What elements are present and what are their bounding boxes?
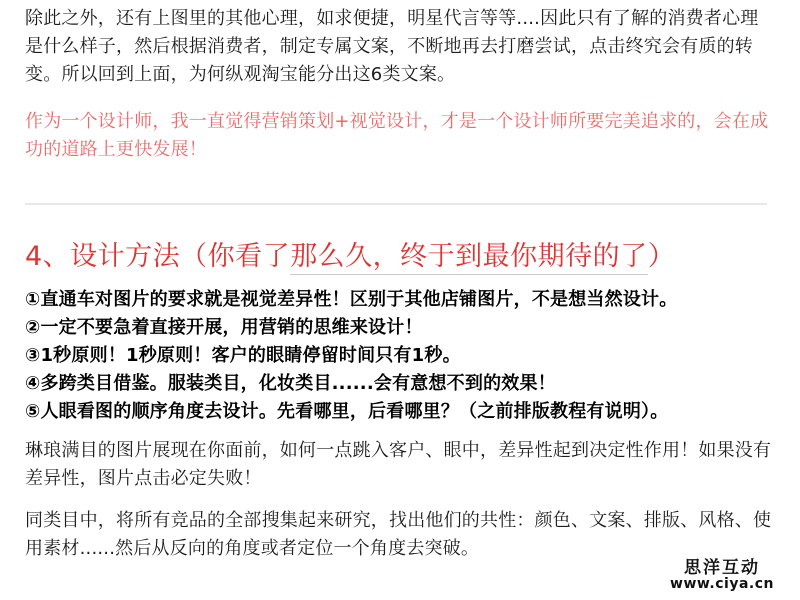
- design-rules-list: ①直通车对图片的要求就是视觉差异性！区别于其他店铺图片，不是想当然设计。 ②一定…: [25, 286, 772, 426]
- list-item: ②一定不要急着直接开展，用营销的思维来设计！: [25, 314, 772, 342]
- paragraph-intro: 除此之外，还有上图里的其他心理，如求便捷，明星代言等等....因此只有了解的消费…: [25, 5, 772, 89]
- watermark-url-text: www.ciya.cn: [670, 577, 774, 591]
- watermark: 思洋互动 www.ciya.cn: [670, 559, 774, 591]
- section-heading-prefix: 4、设计方法（你看了: [25, 241, 290, 272]
- section-heading-underlined-text: 那么久，终于到最你期待的了: [290, 241, 648, 275]
- section-heading: 4、设计方法（你看了那么久，终于到最你期待的了）: [25, 239, 772, 275]
- paragraph-competitor-research: 同类目中，将所有竞品的全部搜集起来研究，找出他们的共性：颜色、文案、排版、风格、…: [25, 507, 772, 563]
- paragraph-designer-note: 作为一个设计师，我一直觉得营销策划+视觉设计，才是一个设计师所要完美追求的，会在…: [25, 108, 772, 164]
- list-item: ⑤人眼看图的顺序角度去设计。先看哪里，后看哪里？（之前排版教程有说明）。: [25, 398, 772, 426]
- list-item: ④多跨类目借鉴。服装类目，化妆类目......会有意想不到的效果！: [25, 370, 772, 398]
- list-item: ③1秒原则！1秒原则！客户的眼睛停留时间只有1秒。: [25, 342, 772, 370]
- article-content: 除此之外，还有上图里的其他心理，如求便捷，明星代言等等....因此只有了解的消费…: [0, 0, 800, 563]
- section-heading-suffix: ）: [648, 241, 676, 272]
- section-divider: [25, 203, 767, 205]
- list-item: ①直通车对图片的要求就是视觉差异性！区别于其他店铺图片，不是想当然设计。: [25, 286, 772, 314]
- watermark-brand-text: 思洋互动: [670, 559, 774, 577]
- paragraph-differentiation: 琳琅满目的图片展现在你面前，如何一点跳入客户、眼中，差异性起到决定性作用！如果没…: [25, 437, 772, 493]
- article-page: 除此之外，还有上图里的其他心理，如求便捷，明星代言等等....因此只有了解的消费…: [0, 0, 800, 600]
